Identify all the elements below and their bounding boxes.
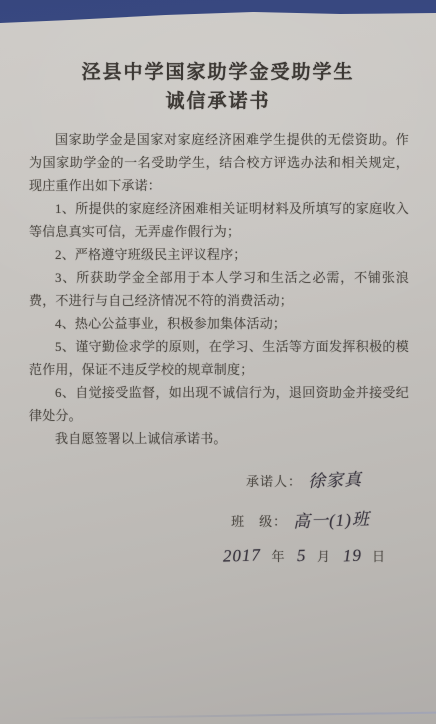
closing-statement: 我自愿签署以上诚信承诺书。 bbox=[29, 427, 409, 450]
class-label: 班 级： bbox=[231, 511, 287, 530]
date-month-handwritten: 5 bbox=[297, 546, 307, 566]
commitment-item-1: 1、所提供的家庭经济困难相关证明材料及所填写的家庭收入等信息真实可信，无弄虚作假… bbox=[29, 197, 409, 243]
date-year-handwritten: 2017 bbox=[223, 545, 262, 566]
class-row: 班 级： 高一(1)班 bbox=[0, 506, 436, 546]
commitment-item-3: 3、所获助学金全部用于本人学习和生活之必需，不铺张浪费，不进行与自己经济情况不符… bbox=[29, 266, 409, 312]
commitment-item-4: 4、热心公益事业，积极参加集体活动； bbox=[29, 312, 409, 335]
day-label: 日 bbox=[372, 546, 386, 565]
document-content: 泾县中学国家助学金受助学生 诚信承诺书 国家助学金是国家对家庭经济困难学生提供的… bbox=[0, 0, 436, 586]
date-row: 2017 年 5 月 19 日 bbox=[0, 546, 436, 586]
commitment-item-6: 6、自觉接受监督，如出现不诚信行为，退回资助金并接受纪律处分。 bbox=[29, 381, 409, 427]
commitment-item-5: 5、谨守勤俭求学的原则，在学习、生活等方面发挥积极的模范作用，保证不违反学校的规… bbox=[29, 335, 409, 381]
commitment-item-2: 2、严格遵守班级民主评议程序； bbox=[29, 243, 409, 266]
signature-block: 承诺人： 徐家真 班 级： 高一(1)班 2017 年 5 月 19 日 bbox=[0, 466, 436, 586]
year-label: 年 bbox=[271, 546, 285, 565]
month-label: 月 bbox=[317, 546, 331, 565]
document-body: 国家助学金是国家对家庭经济困难学生提供的无偿资助。作为国家助学金的一名受助学生，… bbox=[29, 128, 409, 450]
date-day-handwritten: 19 bbox=[343, 546, 363, 567]
document-title-line2: 诚信承诺书 bbox=[0, 89, 436, 115]
class-value-handwritten: 高一(1)班 bbox=[293, 505, 371, 533]
document-paper: 泾县中学国家助学金受助学生 诚信承诺书 国家助学金是国家对家庭经济困难学生提供的… bbox=[0, 0, 436, 724]
promiser-label: 承诺人： bbox=[246, 471, 302, 490]
document-title-line1: 泾县中学国家助学金受助学生 bbox=[0, 60, 436, 86]
photo-background: 泾县中学国家助学金受助学生 诚信承诺书 国家助学金是国家对家庭经济困难学生提供的… bbox=[0, 0, 436, 724]
promiser-row: 承诺人： 徐家真 bbox=[0, 466, 436, 506]
intro-paragraph: 国家助学金是国家对家庭经济困难学生提供的无偿资助。作为国家助学金的一名受助学生，… bbox=[29, 128, 409, 197]
promiser-name-handwritten: 徐家真 bbox=[308, 465, 363, 492]
